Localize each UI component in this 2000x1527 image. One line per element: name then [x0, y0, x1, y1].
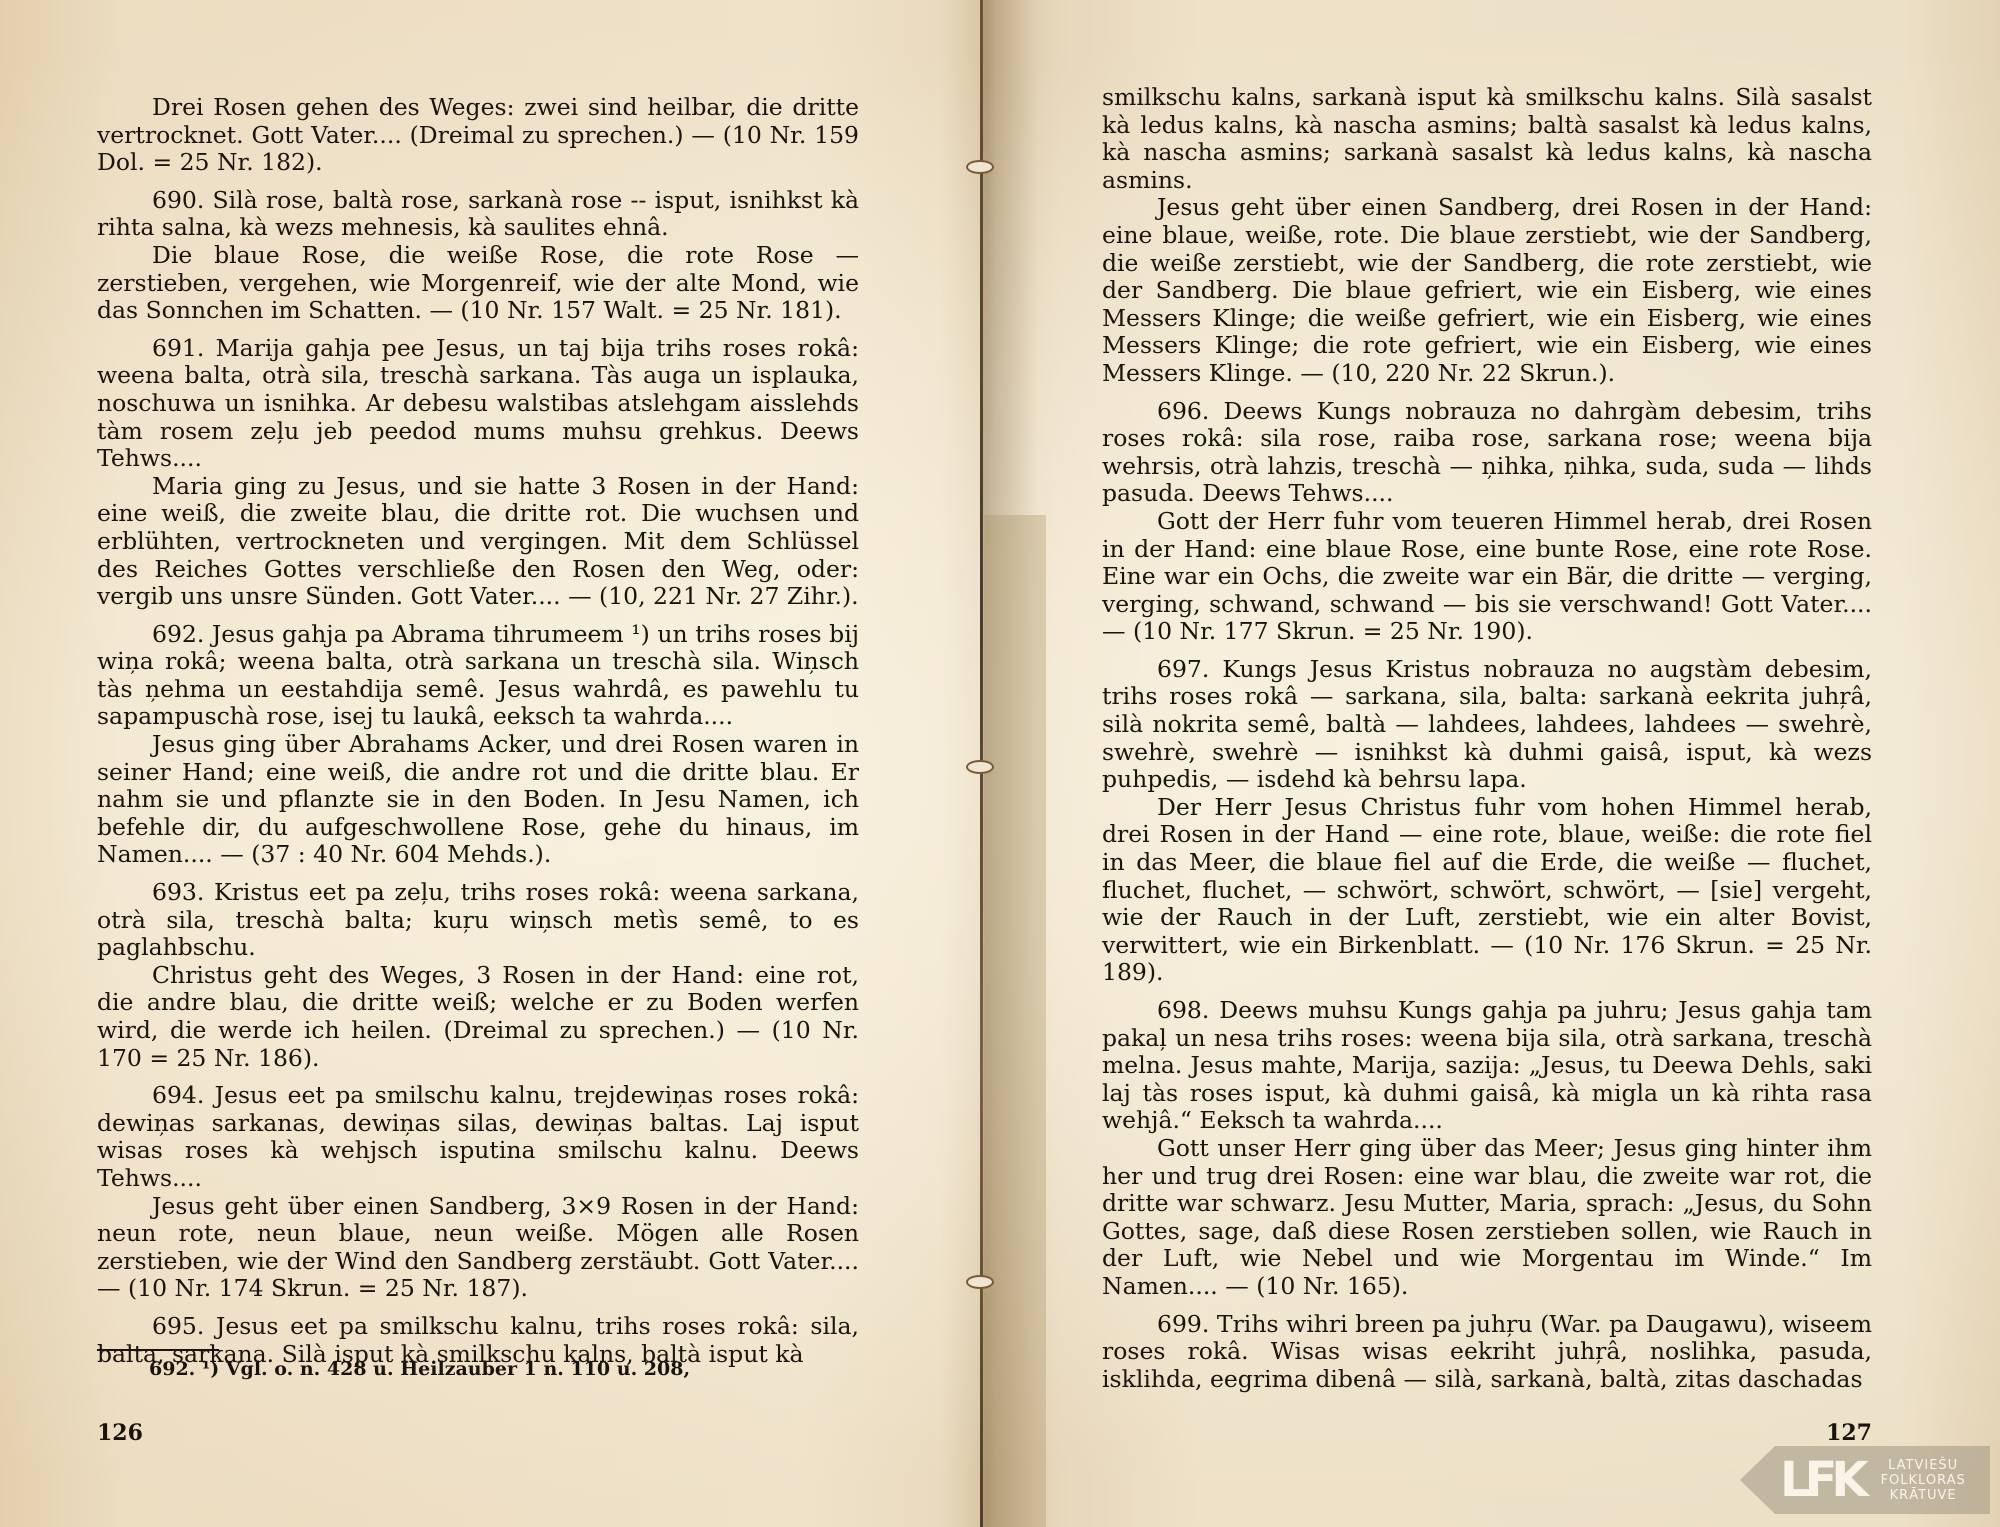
- binding-stitch: [966, 760, 994, 774]
- entry-692-latvian: 692. Jesus gahja pa Abrama tihrumeem ¹) …: [97, 621, 859, 731]
- spine-tape: [984, 515, 1046, 1527]
- page-number-left: 126: [97, 1420, 143, 1446]
- logo-line: LATVIEŠU: [1881, 1458, 1966, 1473]
- right-page: smilkschu kalns, sarkanà isput kà smilks…: [1102, 0, 1872, 1527]
- entry-691-latvian: 691. Marija gahja pee Jesus, un taj bija…: [97, 335, 859, 473]
- page-number-right: 127: [1826, 1420, 1872, 1446]
- footnote-divider: [97, 1349, 219, 1351]
- left-page-text: Drei Rosen gehen des Weges: zwei sind he…: [97, 94, 859, 1368]
- entry-697-latvian: 697. Kungs Jesus Kristus nobrauza no aug…: [1102, 656, 1872, 794]
- left-page: Drei Rosen gehen des Weges: zwei sind he…: [97, 0, 859, 1527]
- entry-695-german: Jesus geht über einen Sandberg, drei Ros…: [1102, 194, 1872, 387]
- logo-line: FOLKLORAS: [1881, 1473, 1966, 1488]
- entry-693-german: Christus geht des Weges, 3 Rosen in der …: [97, 962, 859, 1072]
- logo-text: LATVIEŠU FOLKLORAS KRĀTUVE: [1881, 1458, 1966, 1503]
- entry-699-latvian: 699. Trihs wihri breen pa juhŗu (War. pa…: [1102, 1311, 1872, 1394]
- entry-693-latvian: 693. Kristus eet pa zeļu, trihs roses ro…: [97, 879, 859, 962]
- paragraph-german: Drei Rosen gehen des Weges: zwei sind he…: [97, 94, 859, 177]
- entry-690-latvian: 690. Silà rose, baltà rose, sarkanà rose…: [97, 187, 859, 242]
- entry-690-german: Die blaue Rose, die weiße Rose, die rote…: [97, 242, 859, 325]
- entry-695-latvian-continued: smilkschu kalns, sarkanà isput kà smilks…: [1102, 84, 1872, 194]
- entry-691-german: Maria ging zu Jesus, und sie hatte 3 Ros…: [97, 473, 859, 611]
- entry-694-german: Jesus geht über einen Sandberg, 3×9 Rose…: [97, 1193, 859, 1303]
- archive-watermark-logo: LFK LATVIEŠU FOLKLORAS KRĀTUVE: [1740, 1446, 1990, 1514]
- binding-stitch: [966, 1275, 994, 1289]
- footnote: 692. ¹) Vgl. o. n. 428 u. Heilzauber 1 n…: [149, 1358, 690, 1380]
- entry-698-german: Gott unser Herr ging über das Meer; Jesu…: [1102, 1135, 1872, 1301]
- entry-697-german: Der Herr Jesus Christus fuhr vom hohen H…: [1102, 794, 1872, 987]
- entry-694-latvian: 694. Jesus eet pa smilschu kalnu, trejde…: [97, 1082, 859, 1192]
- entry-698-latvian: 698. Deews muhsu Kungs gahja pa juhru; J…: [1102, 997, 1872, 1135]
- entry-696-latvian: 696. Deews Kungs nobrauza no dahrgàm deb…: [1102, 398, 1872, 508]
- entry-692-german: Jesus ging über Abrahams Acker, und drei…: [97, 731, 859, 869]
- right-page-text: smilkschu kalns, sarkanà isput kà smilks…: [1102, 84, 1872, 1393]
- binding-stitch: [966, 160, 994, 174]
- logo-lfk-icon: LFK: [1780, 1452, 1863, 1508]
- entry-696-german: Gott der Herr fuhr vom teueren Himmel he…: [1102, 508, 1872, 646]
- logo-line: KRĀTUVE: [1881, 1488, 1966, 1503]
